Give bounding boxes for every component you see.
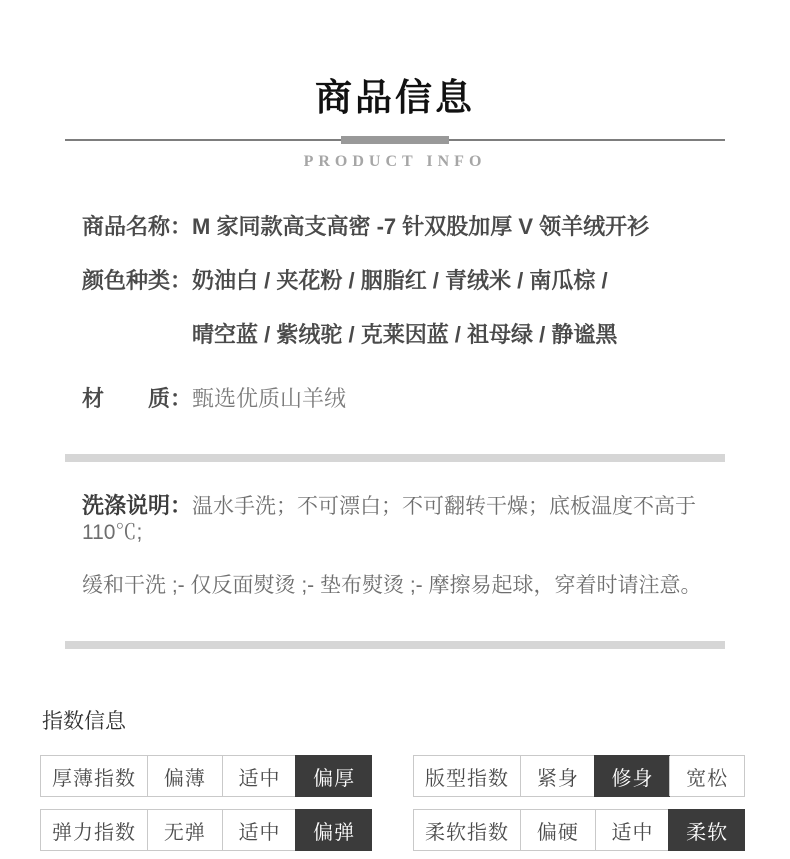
index-heading: 指数信息: [42, 705, 745, 735]
page-title: 商品信息: [0, 0, 790, 120]
index-table-label: 版型指数: [414, 756, 520, 796]
product-name-value: M 家同款高支高密 -7 针双股加厚 V 领羊绒开衫: [192, 215, 649, 239]
material-row: 材 质： 甄选优质山羊绒: [82, 387, 735, 411]
title-divider: [65, 136, 725, 144]
index-table: 弹力指数无弹适中偏弹: [40, 809, 372, 851]
index-table: 版型指数紧身修身宽松: [413, 755, 745, 797]
divider-bar-top: [65, 454, 725, 462]
header: 商品信息 PRODUCT INFO: [0, 0, 790, 171]
index-table-label: 柔软指数: [414, 810, 520, 850]
wash-label: 洗涤说明：: [82, 493, 192, 518]
index-option: 偏硬: [520, 810, 595, 850]
color-options-line1: 奶油白 / 夹花粉 / 胭脂红 / 青绒米 / 南瓜棕 /: [192, 269, 617, 293]
index-section: 指数信息 厚薄指数偏薄适中偏厚版型指数紧身修身宽松弹力指数无弹适中偏弹柔软指数偏…: [40, 705, 745, 851]
product-attributes: 商品名称： M 家同款高支高密 -7 针双股加厚 V 领羊绒开衫 颜色种类： 奶…: [82, 215, 735, 411]
index-table: 柔软指数偏硬适中柔软: [413, 809, 745, 851]
product-name-label: 商品名称：: [82, 215, 192, 239]
wash-instructions: 洗涤说明：温水手洗；不可漂白；不可翻转干燥；底板温度不高于 110℃; 缓和干洗…: [82, 493, 735, 599]
wash-line1: 洗涤说明：温水手洗；不可漂白；不可翻转干燥；底板温度不高于 110℃;: [82, 493, 735, 546]
material-value: 甄选优质山羊绒: [192, 387, 346, 411]
page-subtitle: PRODUCT INFO: [0, 153, 790, 171]
index-option: 偏薄: [147, 756, 222, 796]
index-option-selected: 修身: [595, 756, 670, 796]
index-option: 适中: [222, 756, 297, 796]
product-info-page: 商品信息 PRODUCT INFO 商品名称： M 家同款高支高密 -7 针双股…: [0, 0, 790, 851]
index-option: 适中: [595, 810, 670, 850]
index-option: 紧身: [520, 756, 595, 796]
index-table-label: 弹力指数: [41, 810, 147, 850]
index-tables-grid: 厚薄指数偏薄适中偏厚版型指数紧身修身宽松弹力指数无弹适中偏弹柔软指数偏硬适中柔软: [40, 755, 745, 851]
product-name-row: 商品名称： M 家同款高支高密 -7 针双股加厚 V 领羊绒开衫: [82, 215, 735, 239]
color-options-row: 颜色种类： 奶油白 / 夹花粉 / 胭脂红 / 青绒米 / 南瓜棕 / 晴空蓝 …: [82, 269, 735, 347]
index-option-selected: 偏弹: [296, 810, 371, 850]
divider-center-bar: [341, 136, 449, 144]
wash-instructions-section: 洗涤说明：温水手洗；不可漂白；不可翻转干燥；底板温度不高于 110℃; 缓和干洗…: [0, 454, 790, 649]
index-table-label: 厚薄指数: [41, 756, 147, 796]
color-options-label: 颜色种类：: [82, 269, 192, 293]
index-option-selected: 柔软: [669, 810, 744, 850]
divider-bar-bottom: [65, 641, 725, 649]
wash-value-line2: 缓和干洗 ;- 仅反面熨烫 ;- 垫布熨烫 ;- 摩擦易起球，穿着时请注意。: [82, 573, 735, 599]
index-option: 适中: [222, 810, 297, 850]
index-option: 宽松: [669, 756, 744, 796]
color-options-value: 奶油白 / 夹花粉 / 胭脂红 / 青绒米 / 南瓜棕 / 晴空蓝 / 紫绒驼 …: [192, 269, 617, 347]
color-options-line2: 晴空蓝 / 紫绒驼 / 克莱因蓝 / 祖母绿 / 静谧黑: [192, 323, 617, 347]
index-table: 厚薄指数偏薄适中偏厚: [40, 755, 372, 797]
index-option-selected: 偏厚: [296, 756, 371, 796]
material-label: 材 质：: [82, 387, 192, 411]
index-option: 无弹: [147, 810, 222, 850]
